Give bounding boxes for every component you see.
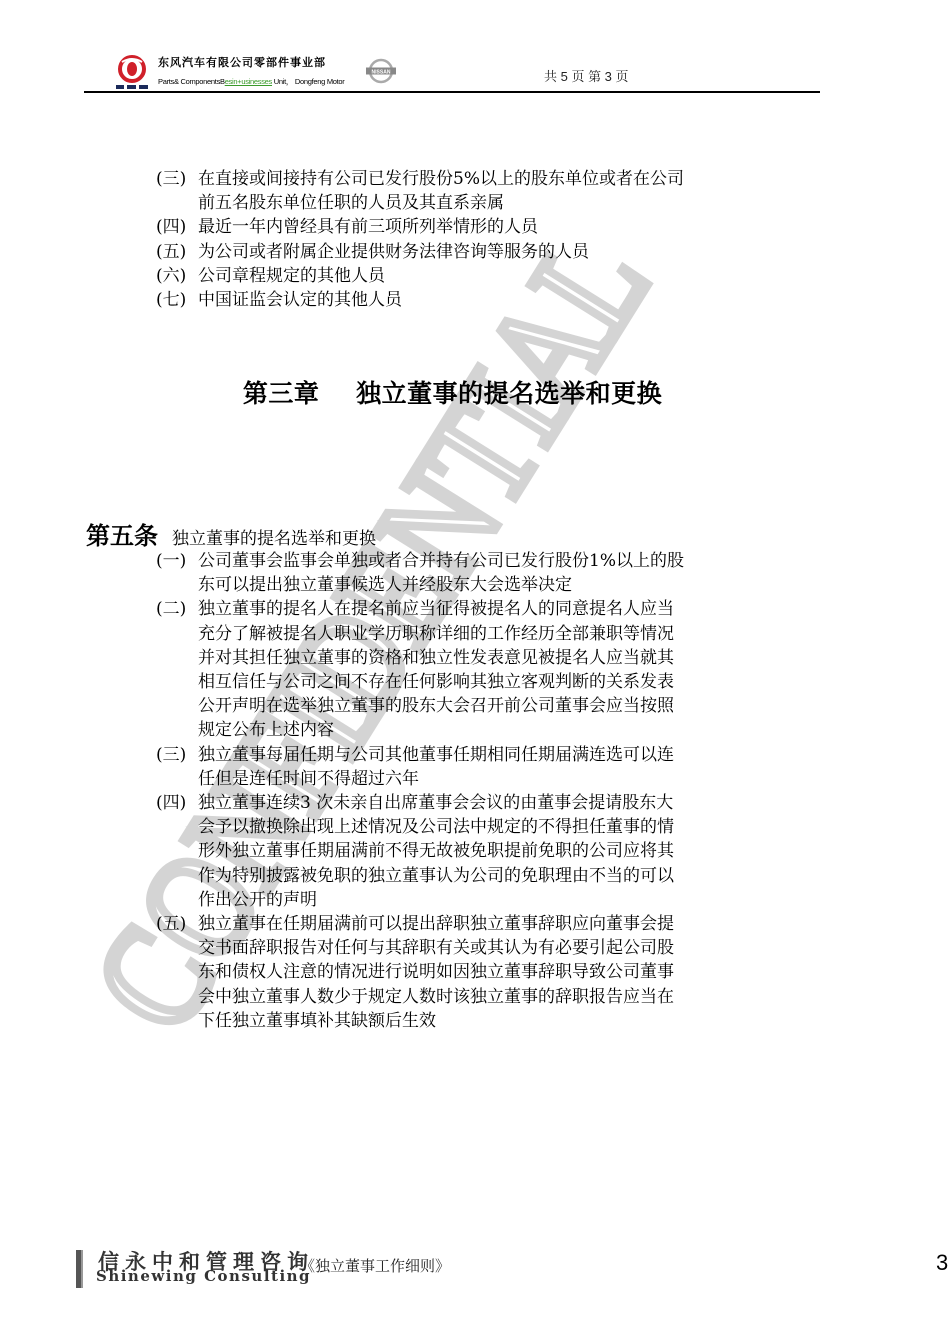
page-header: 东风汽车有限公司零部件事业部 Parts& ComponentsBesin+us…: [84, 48, 820, 92]
item-text: 任但是连任时间不得超过六年: [198, 767, 419, 791]
list-item-number: (五): [156, 240, 186, 264]
item-number: (二): [156, 597, 186, 621]
item-text: 会予以撤换除出现上述情况及公司法中规定的不得担任董事的情: [198, 815, 674, 839]
item-number: (四): [156, 791, 186, 815]
list-item-text: 公司章程规定的其他人员: [198, 264, 385, 288]
svg-text:NISSAN: NISSAN: [372, 69, 391, 75]
footer-logo-bar: [76, 1250, 81, 1288]
item-text: 独立董事连续3 次未亲自出席董事会会议的由董事会提请股东大: [198, 791, 673, 815]
list-item-text: 前五名股东单位任职的人员及其直系亲属: [198, 191, 504, 215]
item-text: 东和债权人注意的情况进行说明如因独立董事辞职导致公司董事: [198, 960, 674, 984]
header-divider: [84, 91, 820, 93]
item-text: 下任独立董事填补其缺额后生效: [198, 1009, 436, 1033]
item-text: 充分了解被提名人职业学历职称详细的工作经历全部兼职等情况: [198, 622, 674, 646]
list-item-text: 中国证监会认定的其他人员: [198, 288, 402, 312]
item-number: (一): [156, 549, 186, 573]
article-heading: 第五条独立董事的提名选举和更换: [86, 516, 376, 551]
item-text: 相互信任与公司之间不存在任何影响其独立客观判断的关系发表: [198, 670, 674, 694]
page-number: 3: [936, 1250, 948, 1276]
article-label: 第五条: [86, 521, 158, 550]
item-text: 形外独立董事任期届满前不得无故被免职提前免职的公司应将其: [198, 839, 674, 863]
item-text: 作出公开的声明: [198, 888, 317, 912]
item-text: 规定公布上述内容: [198, 718, 334, 742]
page-footer: 信永中和管理咨询 Shinewing Consulting 《独立董事工作细则》…: [76, 1246, 950, 1291]
item-text: 公司董事会监事会单独或者合并持有公司已发行股份1%以上的股: [198, 549, 684, 573]
item-number: (三): [156, 743, 186, 767]
company-name-en: Parts& ComponentsBesin+usinesses Unit， D…: [158, 76, 345, 87]
company-en-prefix: Parts& ComponentsB: [158, 77, 225, 86]
consultant-name-en: Shinewing Consulting: [96, 1267, 311, 1285]
nissan-logo-icon: NISSAN: [365, 58, 397, 84]
dongfeng-logo-icon: [114, 54, 150, 92]
item-text: 交书面辞职报告对任何与其辞职有关或其认为有必要引起公司股: [198, 936, 674, 960]
item-text: 东可以提出独立董事候选人并经股东大会选举决定: [198, 573, 572, 597]
list-item-number: (七): [156, 288, 186, 312]
item-text: 独立董事的提名人在提名前应当征得被提名人的同意提名人应当: [198, 597, 674, 621]
company-name-cn: 东风汽车有限公司零部件事业部: [158, 54, 326, 70]
company-en-suffix: Unit， Dongfeng Motor: [272, 77, 345, 86]
company-en-highlight: esin+usinesses: [225, 77, 272, 86]
list-item-text: 最近一年内曾经具有前三项所列举情形的人员: [198, 215, 538, 239]
list-item-text: 在直接或间接持有公司已发行股份5%以上的股东单位或者在公司: [198, 167, 684, 191]
list-item-number: (六): [156, 264, 186, 288]
item-text: 独立董事每届任期与公司其他董事任期相同任期届满连选可以连: [198, 743, 674, 767]
item-text: 公开声明在选举独立董事的股东大会召开前公司董事会应当按照: [198, 694, 674, 718]
list-item-number: (四): [156, 215, 186, 239]
article-title: 独立董事的提名选举和更换: [172, 529, 376, 549]
document-title: 《独立董事工作细则》: [300, 1255, 450, 1276]
page-count: 共 5 页 第 3 页: [544, 66, 629, 85]
list-item-number: (三): [156, 167, 186, 191]
item-text: 并对其担任独立董事的资格和独立性发表意见被提名人应当就其: [198, 646, 674, 670]
list-item-text: 为公司或者附属企业提供财务法律咨询等服务的人员: [198, 240, 589, 264]
item-number: (五): [156, 912, 186, 936]
chapter-title: 第三章 独立董事的提名选举和更换: [0, 374, 905, 410]
item-text: 会中独立董事人数少于规定人数时该独立董事的辞职报告应当在: [198, 985, 674, 1009]
item-text: 作为特别披露被免职的独立董事认为公司的免职理由不当的可以: [198, 864, 674, 888]
item-text: 独立董事在任期届满前可以提出辞职独立董事辞职应向董事会提: [198, 912, 674, 936]
